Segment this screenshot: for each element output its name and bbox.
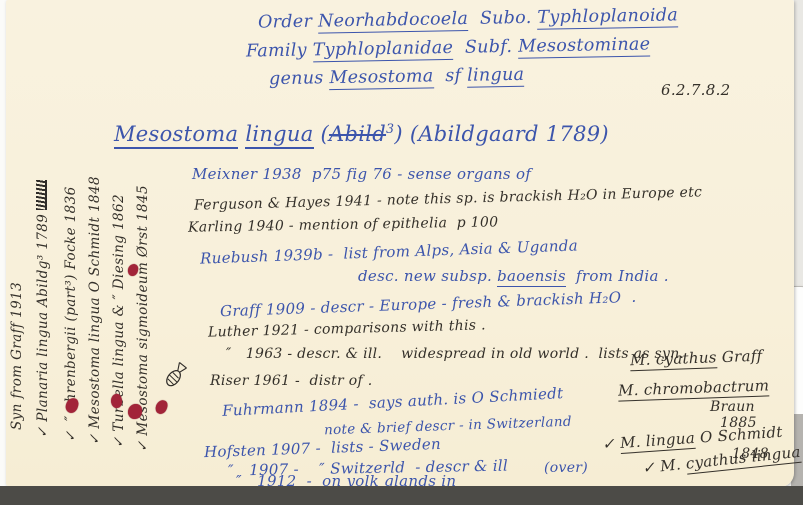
entry-luther-1963: ″ 1963 - descr. & ill. widespread in old… [226,347,684,362]
family-value: Typhloplanidae [313,38,454,62]
syn-m-lingua-name: M. lingua [619,429,695,454]
checkmark-icon: ✓ [602,434,621,453]
red-ink-dot [154,399,169,416]
title-species: lingua [245,122,313,149]
entry-hofsten-1907-sweden: Hofsten 1907 - lists - Sweden [204,436,441,461]
synonym-mesostoma-lingua: ✓ Mesostoma lingua O Schmidt 1848 [87,176,104,445]
header-order-line: Order Neorhabdocoela Subo. Typhloplanoid… [258,6,678,33]
card-code: 6.2.7.8.2 [661,82,731,99]
red-ink-dot [128,404,142,419]
syn-m-cyathus-lingua-pre: ✓ M. [641,455,686,477]
subfamily-value: Mesostominae [518,34,651,58]
synonyms-heading: Syn from Graff 1913 [9,282,26,430]
entry-ferguson-hayes-1941: Ferguson & Hayes 1941 - note this sp. is… [194,185,703,214]
syn-chromobactrum-author: Braun [710,400,755,415]
sf-value: lingua [467,65,525,88]
subfamily-label: Subf. [453,37,518,58]
entry-fuhrmann-note: note & brief descr - in Switzerland [324,415,572,438]
genus-value: Mesostoma [329,66,433,90]
species-title: Mesostoma lingua (Abild3) (Abildgaard 17… [114,122,609,146]
ruebush2-subspecies: baoensis [497,267,566,287]
syn-m-cyathus-name: M. cyathus [630,348,717,371]
title-genus: Mesostoma [114,122,238,149]
order-label: Order [258,12,318,33]
syn-m-lingua-author: O Schmidt [694,423,783,447]
synonym-planaria-lingua: ✓ Planaria lingua Abildg³ 1789 [35,180,52,438]
syn-m-cyathus-author: Graff [716,347,762,367]
family-label: Family [246,40,313,61]
genus-label: genus [269,68,330,89]
order-value: Neorhabdocoela [318,9,469,34]
title-authority: ) (Abildgaard 1789) [394,122,609,146]
entry-riser-1961: Riser 1961 - distr of . [210,374,372,389]
fish-doodle [160,358,191,391]
sf-label: sf [433,66,467,87]
title-paren-open: ( [314,122,329,146]
entry-ruebush-1939b-continued: desc. new subsp. baoensis from India . [358,268,669,285]
entry-karling-1940: Karling 1940 - mention of epithelia p 10… [188,215,499,236]
syn-m-chromobactrum-name: M. chromobactrum [618,376,770,401]
index-card: Order Neorhabdocoela Subo. Typhloplanoid… [6,0,794,487]
scribbled-out-word [36,180,47,210]
ruebush2-pre: desc. new subsp. [358,267,497,285]
entry-fuhrmann-1894: Fuhrmann 1894 - says auth. is O Schmiedt [222,385,564,419]
entry-ruebush-1939b: Ruebush 1939b - list from Alps, Asia & U… [200,237,578,267]
ruebush2-post: from India . [566,267,669,285]
title-struck-abbrev: Abild [329,122,386,146]
entry-graff-1909: Graff 1909 - descr - Europe - fresh & br… [220,289,637,320]
synonym-turbella-lingua: ✓ Turbella lingua & ″ Diesing 1862 [111,194,128,448]
syn-m-chromobactrum: M. chromobactrum [618,377,770,399]
entry-meixner-1938: Meixner 1938 p75 fig 76 - sense organs o… [192,166,531,183]
entry-luther-1921: Luther 1921 - comparisons with this . [208,318,486,341]
synonym-planaria-lingua-text: ✓ Planaria lingua Abildg³ 1789 [35,214,51,438]
over-note: (over) [544,461,588,476]
suborder-label: Subo. [468,8,538,29]
header-genus-line: genus Mesostoma sf lingua [269,66,525,90]
syn-m-cyathus: M. cyathus Graff [630,348,763,369]
header-family-line: Family Typhloplanidae Subf. Mesostominae [246,35,651,61]
scan-edge-strip [0,486,803,505]
suborder-value: Typhloplanoida [537,5,678,29]
